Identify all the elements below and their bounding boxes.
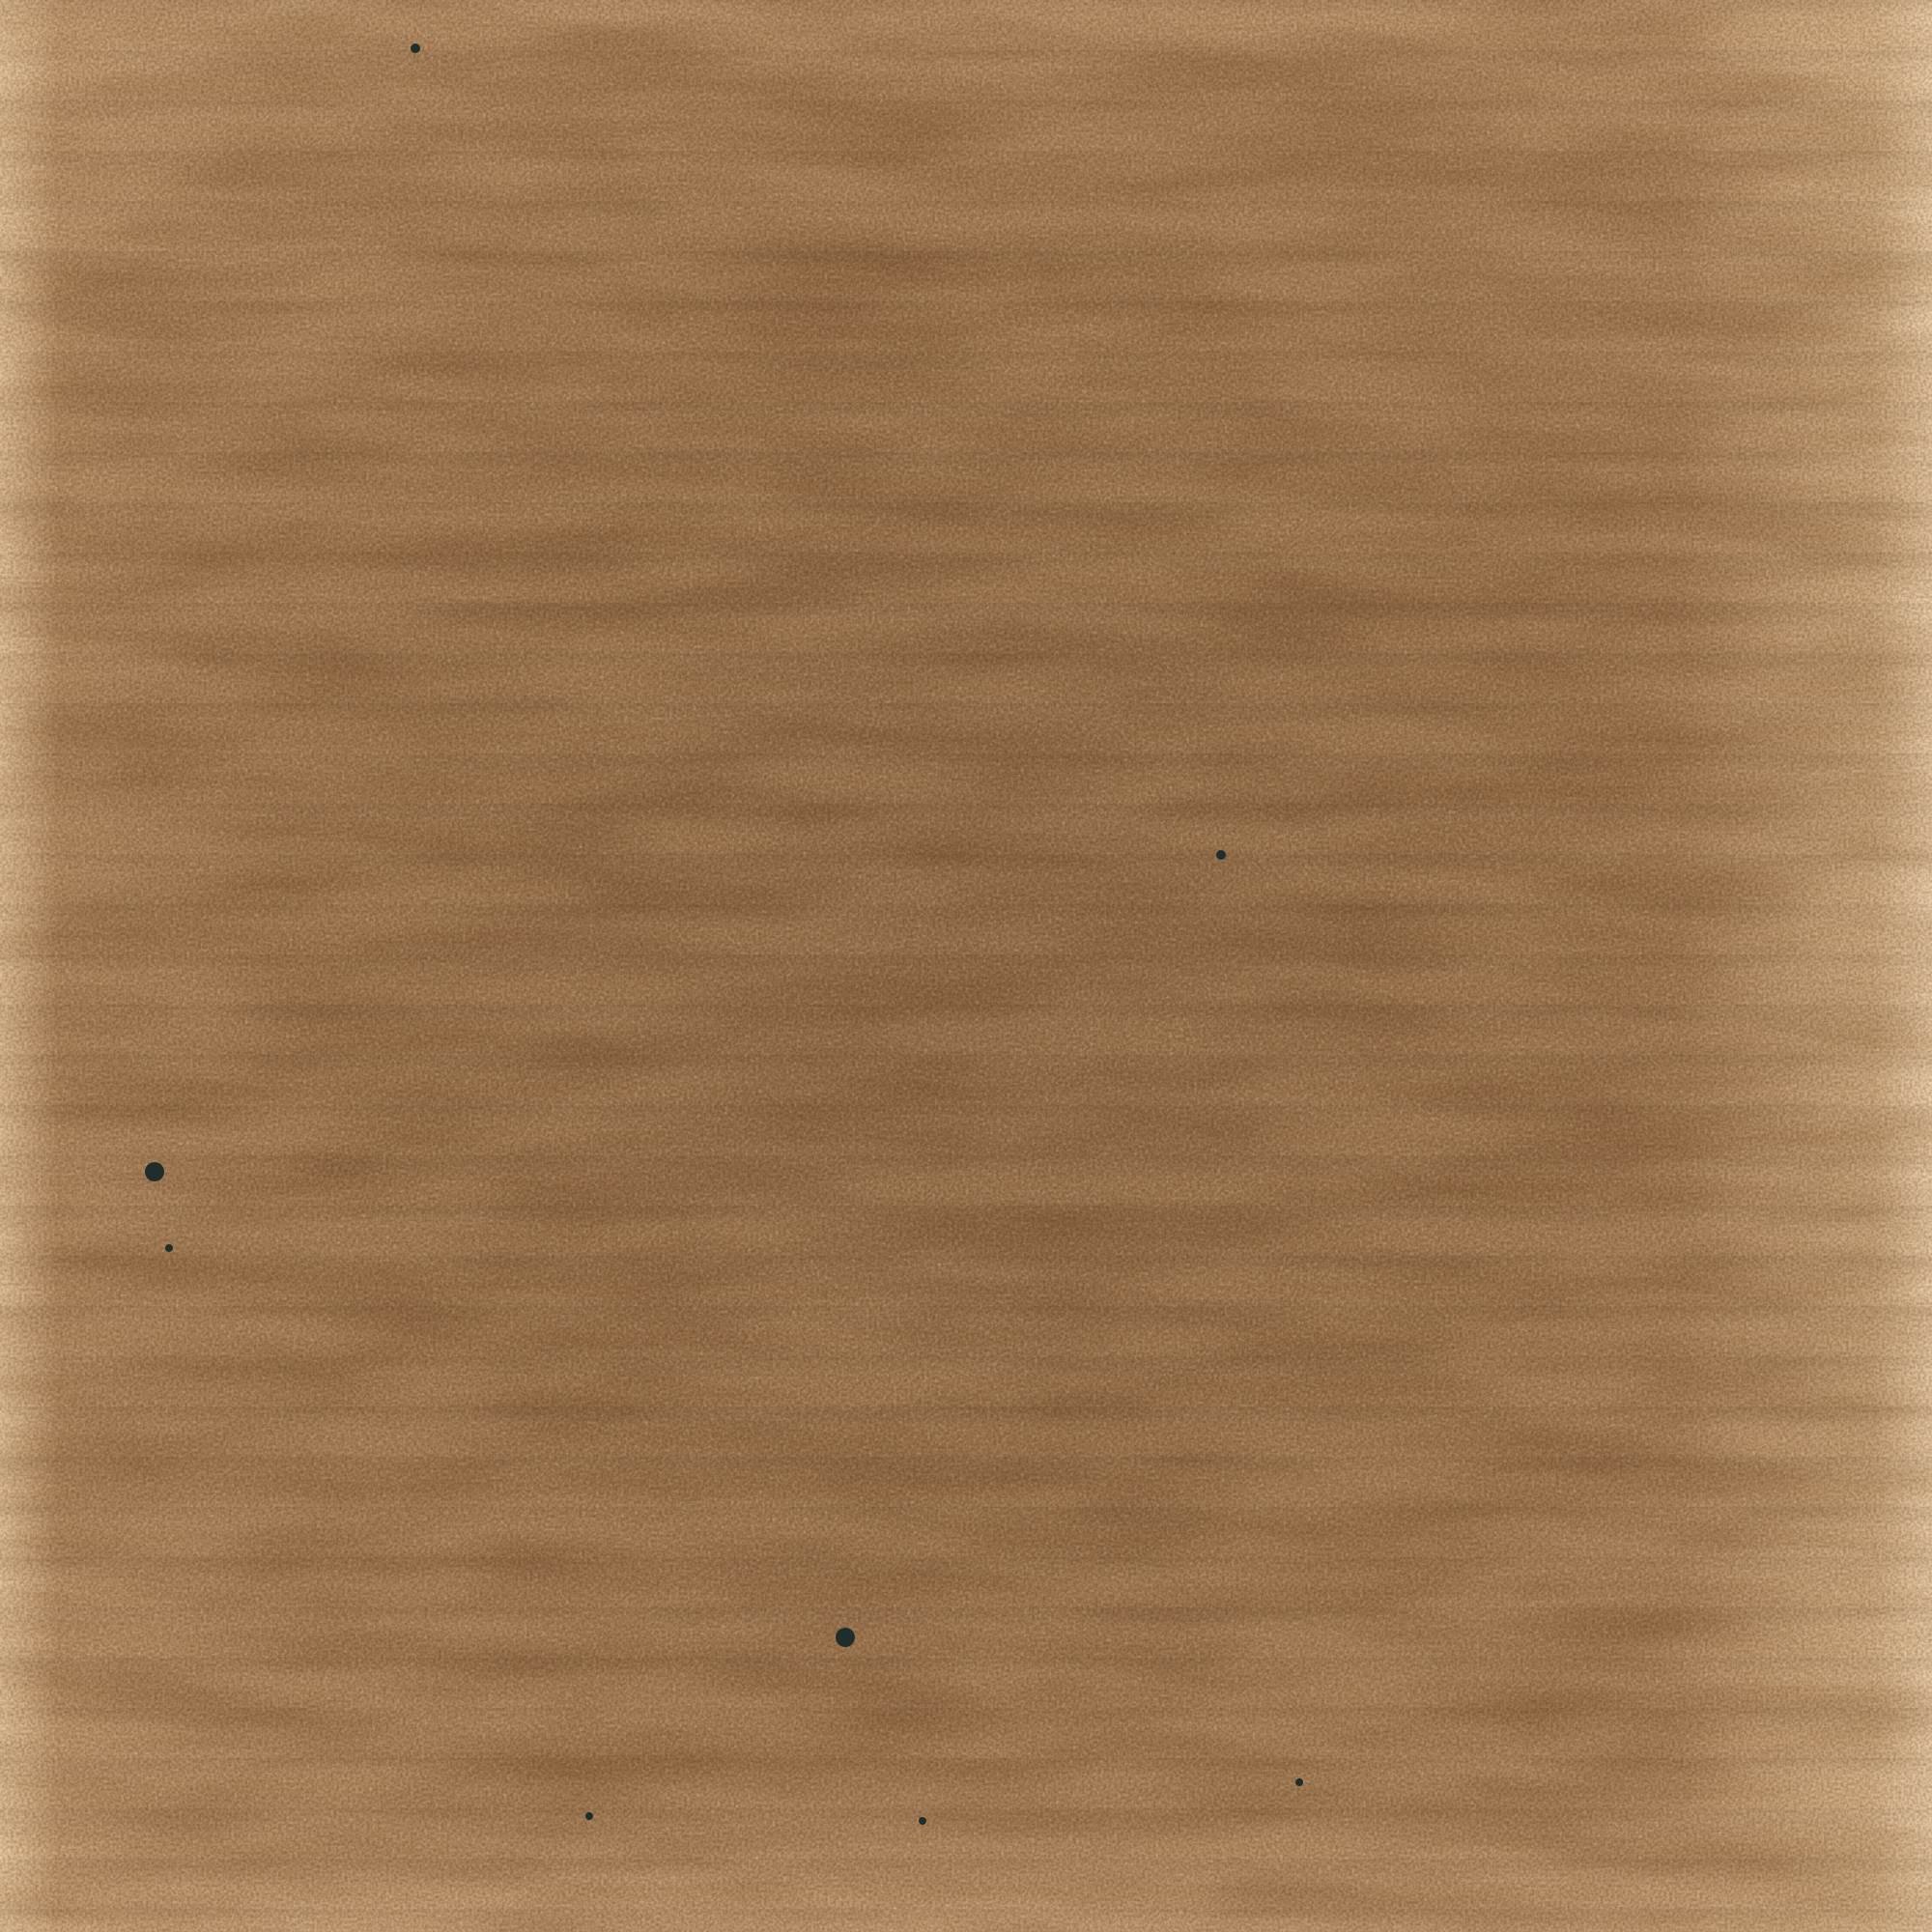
dark-speck <box>165 1244 173 1252</box>
dark-speck <box>585 1812 593 1820</box>
texture-canvas <box>0 0 1932 1932</box>
texture-streaks <box>0 0 1932 1932</box>
dark-speck <box>919 1817 926 1825</box>
dark-speck <box>1216 850 1226 860</box>
dark-speck <box>1295 1778 1303 1786</box>
dark-speck <box>411 43 420 53</box>
dark-speck <box>145 1162 164 1181</box>
dark-speck <box>836 1628 855 1647</box>
